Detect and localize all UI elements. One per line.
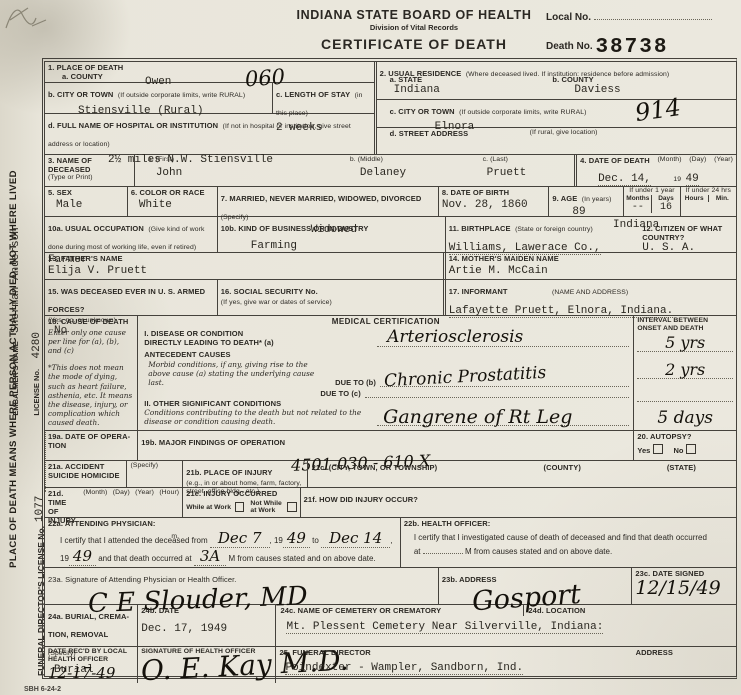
autopsy-no-checkbox	[686, 444, 696, 454]
box-date-of-death: 4. DATE OF DEATH (Month) (Day) (Year) De…	[577, 155, 736, 186]
division-subtitle: Division of Vital Records	[254, 23, 574, 32]
age-label: 9. AGE	[552, 194, 577, 203]
autopsy-yes-checkbox	[653, 444, 663, 454]
box-burial-date: 24b. DATE Dec. 17, 1949	[138, 605, 276, 646]
embalmer-license-label: LICENSE No.	[32, 369, 41, 416]
box-date-of-operation: 19a. DATE OF OPERA-TION	[45, 431, 138, 460]
name-of-deceased-note: (Type or Print)	[48, 174, 131, 182]
box-date-of-birth: 8. DATE OF BIRTH Nov. 28, 1860	[439, 187, 550, 216]
date-of-birth-label: 8. DATE OF BIRTH	[442, 188, 546, 197]
father-name-value: Elija V. Pruett	[48, 265, 440, 277]
middle-name-label: b. (Middle)	[350, 156, 457, 164]
date-of-death-day-label: (Day)	[689, 156, 706, 165]
residence-city-label: c. CITY OR TOWN	[390, 107, 455, 116]
box-business: 10b. KIND OF BUSINESS OR IN-DUSTRY Farmi…	[218, 217, 446, 252]
cemetery-value: Mt. Plessent Cemetery Near Silverville, …	[286, 621, 603, 634]
box-how-injury-occurred: 21f. HOW DID INJURY OCCUR?	[301, 488, 736, 517]
funeral-director-label: 25. FUNERAL DIRECTOR	[279, 648, 370, 657]
under-1-year-label: If under 1 year	[624, 187, 679, 195]
name-of-deceased-title: 3. NAME OF DECEASED	[48, 156, 131, 174]
embalmer-name-label: EMBALMER'S NAME	[11, 341, 20, 415]
box-cause-of-death-notes: 18. CAUSE OF DEATH Enter only one cause …	[45, 316, 138, 430]
while-at-work-checkbox	[235, 502, 244, 512]
autopsy-label: 20. AUTOPSY?	[637, 432, 733, 441]
box-attending-physician: 22a. ATTENDING PHYSICIAN: I certify that…	[45, 518, 401, 567]
box-medical-certification: MEDICAL CERTIFICATION I. DISEASE OR COND…	[138, 316, 634, 430]
birthplace-note: (State or foreign country)	[515, 226, 593, 233]
attended-post: M from causes stated and on above date.	[229, 554, 376, 563]
box-burial: 24a. BURIAL, CREMA-TION, REMOVAL (Specif…	[45, 605, 138, 646]
physician-signature-label: 23a. Signature of Attending Physician or…	[48, 575, 237, 584]
date-signed-handwritten: 12/15/49	[635, 579, 733, 598]
injury-occurred-label: 21e. INJURY OCCURRED	[186, 489, 296, 498]
not-while-at-work-label: Not While at Work	[250, 500, 284, 514]
autopsy-no-label: No	[673, 446, 683, 455]
disease-condition-label-2: DIRECTLY LEADING TO DEATH* (a)	[144, 338, 377, 347]
box-last-name: c. (Last) Pruett	[460, 155, 577, 186]
how-injury-occurred-label: 21f. HOW DID INJURY OCCUR?	[304, 495, 418, 504]
box-accident-suicide: 21a. ACCIDENT SUICIDE HOMICIDE (Specify)	[45, 461, 183, 487]
cause-ii-handwritten: Gangrene of Rt Leg	[383, 408, 572, 427]
due-to-c-label: DUE TO (c)	[320, 389, 360, 398]
last-name-value: Pruett	[487, 167, 571, 179]
date-of-death-month-label: (Month)	[657, 156, 681, 165]
antecedent-causes-label: ANTECEDENT CAUSES	[138, 347, 633, 359]
residence-county-label: b. COUNTY	[552, 75, 733, 84]
autopsy-yes-label: Yes	[637, 446, 650, 455]
box-marital-status: 7. MARRIED, NEVER MARRIED, WIDOWED, DIVO…	[218, 187, 439, 216]
date-received-label: DATE REC'D BY LOCAL HEALTH OFFICER	[48, 648, 134, 664]
cemetery-label: 24c. NAME OF CEMETERY OR CREMATORY	[276, 605, 523, 616]
attended-to-handwritten: Dec 14	[321, 529, 390, 548]
cause-enter-note: Enter only one cause per line for (a), (…	[48, 328, 134, 355]
city-or-town-note: (If outside corporate limits, write RURA…	[118, 92, 245, 99]
box-injury-occurred: 21e. INJURY OCCURRED While at Work Not W…	[183, 488, 300, 517]
box-ssn: 16. SOCIAL SECURITY No. (If yes, give wa…	[218, 280, 446, 315]
place-of-injury-label: 21b. PLACE OF INJURY	[186, 468, 272, 477]
box-date-received: DATE REC'D BY LOCAL HEALTH OFFICER 12-17…	[45, 647, 138, 683]
ssn-label: 16. SOCIAL SECURITY No.	[221, 287, 318, 296]
attended-mid1: , 19	[270, 536, 283, 545]
box-funeral-director: 25. FUNERAL DIRECTOR ADDRESS Poindexter …	[276, 647, 736, 683]
age-note: (In years)	[582, 196, 612, 203]
city-or-town-label: b. CITY OR TOWN	[48, 90, 113, 99]
county-label: a. COUNTY	[62, 72, 371, 81]
accident-suicide-label: 21a. ACCIDENT SUICIDE HOMICIDE	[45, 461, 126, 487]
attended-year2-handwritten: 49	[69, 547, 96, 566]
business-value: Farming	[251, 240, 442, 252]
street-address-label: d. STREET ADDRESS	[390, 129, 470, 153]
burial-date-label: 24b. DATE	[141, 606, 272, 615]
mother-name-value: Artie M. McCain	[449, 265, 733, 277]
date-of-death-label: 4. DATE OF DEATH	[580, 156, 650, 165]
box-time-of-injury: 21d. TIME OF INJURY (Month) (Day) (Year)…	[45, 488, 183, 517]
months-label: Months	[624, 195, 652, 202]
certificate-form: 1. PLACE OF DEATH a. COUNTY Owen 060 b. …	[42, 58, 737, 679]
board-title: INDIANA STATE BOARD OF HEALTH	[254, 8, 574, 22]
occupation-label: 10a. USUAL OCCUPATION	[48, 224, 144, 233]
other-significant-conditions-note: Conditions contributing to the death but…	[144, 408, 377, 426]
box-cemetery: 24c. NAME OF CEMETERY OR CREMATORY 24d. …	[276, 605, 736, 646]
residence-county-value: Daviess	[574, 84, 733, 96]
address-label: 23b. ADDRESS	[442, 575, 497, 584]
sex-value: Male	[56, 199, 124, 211]
date-of-operation-label: 19a. DATE OF OPERA-TION	[48, 432, 134, 450]
injury-county-label: (COUNTY)	[498, 461, 627, 487]
last-name-label: c. (Last)	[483, 156, 571, 164]
street-address-note: (If rural, give location)	[530, 129, 598, 153]
form-number: SBH 6-24-2	[24, 686, 61, 693]
box-informant: 17. INFORMANT (NAME AND ADDRESS) Lafayet…	[446, 280, 736, 315]
box-birthplace: 11. BIRTHPLACE (State or foreign country…	[446, 217, 639, 252]
box-health-officer-signature: SIGNATURE OF HEALTH OFFICER O. E. Kay M.…	[138, 647, 276, 683]
under-24-hrs-label: If under 24 hrs	[681, 187, 736, 195]
certificate-title: CERTIFICATE OF DEATH	[254, 36, 574, 52]
sex-label: 5. SEX	[48, 188, 124, 197]
business-label: 10b. KIND OF BUSINESS OR IN-DUSTRY	[221, 224, 369, 233]
box-color-race: 6. COLOR OR RACE White	[128, 187, 218, 216]
funeral-director-address-label: ADDRESS	[636, 648, 673, 657]
health-officer-signature-handwritten: O. E. Kay M.D.	[141, 651, 273, 686]
father-name-label: 13. FATHER'S NAME	[48, 254, 440, 263]
due-to-b-label: DUE TO (b)	[335, 378, 376, 387]
death-hour-handwritten: 3A	[194, 547, 226, 566]
header: INDIANA STATE BOARD OF HEALTH Division o…	[44, 4, 737, 58]
box-physician-signature: 23a. Signature of Attending Physician or…	[45, 568, 439, 604]
death-no-label: Death No.	[546, 41, 593, 52]
attending-physician-label: 22a. ATTENDING PHYSICIAN:	[48, 519, 397, 528]
min-label: Min.	[709, 195, 736, 202]
box-age: 9. AGE (In years) 89 If under 1 year Mon…	[549, 187, 736, 216]
color-race-label: 6. COLOR OR RACE	[131, 188, 214, 197]
attended-mid4: and that death occurred at	[98, 554, 191, 563]
box-armed-forces: 15. WAS DECEASED EVER IN U. S. ARMED FOR…	[45, 280, 218, 315]
birthplace-label: 11. BIRTHPLACE	[449, 224, 511, 233]
not-while-at-work-checkbox	[287, 502, 296, 512]
box-place-of-death: 1. PLACE OF DEATH a. COUNTY Owen 060 b. …	[45, 62, 377, 154]
box-usual-residence: 2. USUAL RESIDENCE (Where deceased lived…	[377, 62, 736, 154]
informant-label: 17. INFORMANT	[449, 287, 508, 296]
health-officer-label: 22b. HEALTH OFFICER:	[404, 519, 733, 528]
interval-b-handwritten: 2 yrs	[637, 362, 733, 379]
burial-label: 24a. BURIAL, CREMA-TION, REMOVAL	[48, 612, 129, 639]
state-value: Indiana	[394, 84, 547, 96]
date-of-death-value: Dec. 14,	[598, 173, 651, 186]
cause-b-handwritten: Chronic Prostatitis	[384, 365, 547, 390]
cause-star-note: *This does not mean the mode of dying, s…	[48, 363, 134, 427]
injury-city-label: 21c. (CITY, TOWN, OR TOWNSHIP)	[308, 461, 498, 487]
first-name-value: John	[156, 167, 284, 179]
box-major-findings: 19b. MAJOR FINDINGS OF OPERATION 4501-03…	[138, 431, 634, 460]
box-middle-name: b. (Middle) Delaney	[287, 155, 460, 186]
while-at-work-label: While at Work	[186, 504, 232, 511]
box-autopsy: 20. AUTOPSY? Yes No	[634, 431, 736, 460]
armed-forces-label: 15. WAS DECEASED EVER IN U. S. ARMED FOR…	[48, 287, 205, 314]
local-no-label: Local No.	[546, 12, 591, 23]
health-officer-text-2b: M from causes stated and on above date.	[465, 547, 612, 556]
citizen-label: 12. CITIZEN OF WHAT COUNTRY?	[642, 224, 733, 242]
residence-city-note: (If outside corporate limits, write RURA…	[459, 109, 586, 116]
attended-year1-handwritten: 49	[283, 529, 310, 548]
date-of-death-year-label: (Year)	[714, 156, 733, 165]
funeral-director-value: Poindexter - Wampler, Sandborn, Ind.	[285, 662, 523, 675]
accident-specify-note: (Specify)	[126, 461, 182, 487]
mother-name-label: 14. MOTHER'S MAIDEN NAME	[449, 254, 733, 263]
morbid-note: Morbid conditions, if any, giving rise t…	[148, 360, 331, 387]
first-name-label: a. (First)	[148, 156, 284, 164]
box-father: 13. FATHER'S NAME Elija V. Pruett	[45, 253, 446, 279]
major-findings-label: 19b. MAJOR FINDINGS OF OPERATION	[141, 438, 285, 447]
attended-mid2: to	[312, 536, 319, 545]
box-first-name: a. (First) John	[135, 155, 287, 186]
burial-date-value: Dec. 17, 1949	[141, 623, 272, 635]
box-health-officer-cert: 22b. HEALTH OFFICER: I certify that I in…	[401, 518, 736, 567]
box-date-signed: 23c. DATE SIGNED 12/15/49	[632, 568, 736, 604]
interval-ii-handwritten: 5 days	[637, 410, 733, 427]
disease-condition-label-1: I. DISEASE OR CONDITION	[144, 329, 377, 338]
marital-label: 7. MARRIED, NEVER MARRIED, WIDOWED, DIVO…	[221, 194, 422, 203]
middle-name-value: Delaney	[360, 167, 457, 179]
cemetery-location-label: 24d. LOCATION	[523, 605, 736, 616]
date-of-birth-value: Nov. 28, 1860	[442, 199, 546, 211]
date-of-death-year-prefix: 19	[673, 176, 681, 183]
box-place-of-injury: 21b. PLACE OF INJURY (e.g., in or about …	[183, 461, 307, 487]
length-of-stay-label: c. LENGTH OF STAY	[276, 90, 350, 99]
days-value: 16	[652, 202, 679, 213]
embalmer-name-value: Sherman Anderson	[10, 227, 22, 333]
state-label: a. STATE	[390, 75, 547, 84]
informant-note: (NAME AND ADDRESS)	[552, 289, 628, 296]
health-officer-text-2a: at	[414, 547, 421, 556]
box-injury-location: 21c. (CITY, TOWN, OR TOWNSHIP) (COUNTY) …	[308, 461, 736, 487]
box-mother: 14. MOTHER'S MAIDEN NAME Artie M. McCain	[446, 253, 736, 279]
color-race-value: White	[139, 199, 214, 211]
box-address: 23b. ADDRESS Gosport	[439, 568, 632, 604]
days-label: Days	[652, 195, 679, 202]
other-significant-conditions-label: II. OTHER SIGNIFICANT CONDITIONS	[144, 399, 377, 408]
death-certificate: PLACE OF DEATH MEANS WHERE PERSON ACTUAL…	[0, 0, 741, 695]
attended-from-handwritten: Dec 7	[210, 529, 270, 548]
place-of-death-title: 1. PLACE OF DEATH	[48, 63, 371, 72]
interval-label: INTERVAL BETWEEN ONSET AND DEATH	[637, 317, 733, 333]
cause-a-handwritten: Arteriosclerosis	[387, 329, 523, 346]
months-value: --	[624, 202, 652, 213]
ssn-note: (If yes, give war or dates of service)	[221, 299, 440, 307]
institution-label: d. FULL NAME OF HOSPITAL OR INSTITUTION	[48, 121, 218, 130]
date-received-handwritten: 12-17-49	[48, 666, 134, 681]
injury-state-label: (STATE)	[627, 461, 736, 487]
attended-text-pre: I certify that I attended the deceased f…	[60, 536, 208, 545]
box-name-label: 3. NAME OF DECEASED (Type or Print)	[45, 155, 135, 186]
box-sex: 5. SEX Male	[45, 187, 128, 216]
date-of-death-year-value: 49	[686, 173, 699, 186]
health-officer-text-1: I certify that I investigated cause of d…	[414, 531, 733, 545]
local-no-blank	[594, 19, 712, 20]
medical-certification-title: MEDICAL CERTIFICATION	[138, 316, 633, 327]
box-occupation: 10a. USUAL OCCUPATION (Give kind of work…	[45, 217, 218, 252]
death-no-value: 38738	[595, 36, 668, 59]
box-citizen: 12. CITIZEN OF WHAT COUNTRY? U. S. A.	[639, 217, 736, 252]
hours-label: Hours	[681, 195, 709, 202]
cause-of-death-label: 18. CAUSE OF DEATH	[48, 317, 134, 326]
interval-a-handwritten: 5 yrs	[637, 335, 733, 352]
box-interval: INTERVAL BETWEEN ONSET AND DEATH 5 yrs 2…	[634, 316, 736, 430]
residence-handwritten-code: 914	[634, 95, 683, 125]
